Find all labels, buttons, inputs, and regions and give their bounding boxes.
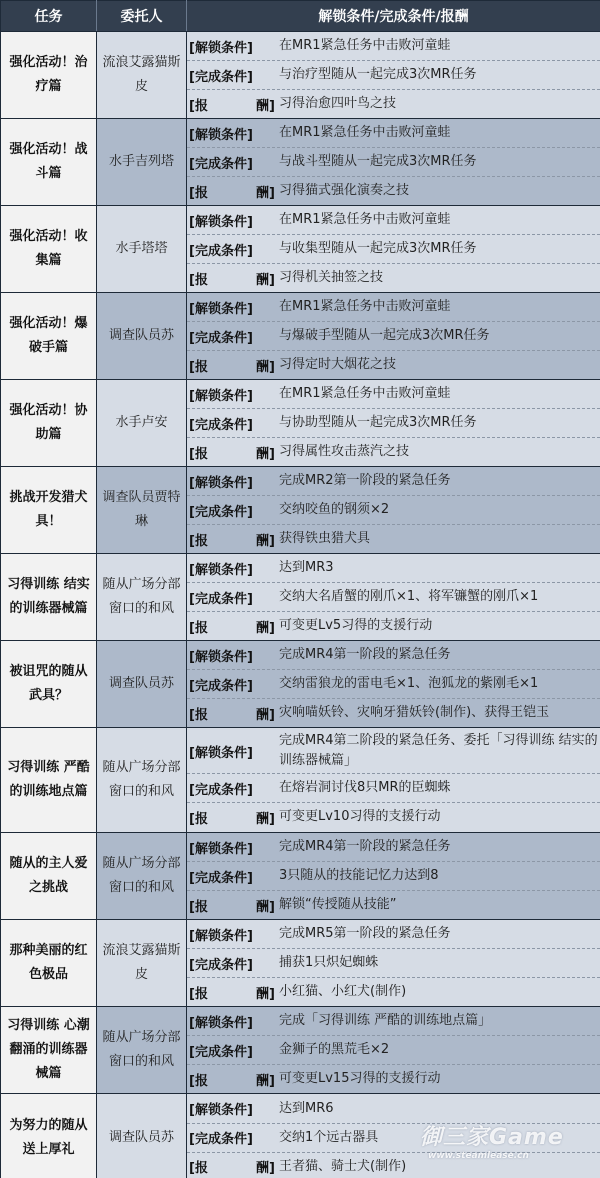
- reward-label-left: [报: [189, 182, 208, 201]
- unlock-condition: [解锁条件]完成MR4第一阶段的紧急任务: [187, 641, 600, 670]
- reward-label-right: 酬]: [256, 95, 275, 114]
- header-task: 任务: [1, 1, 97, 32]
- header-details: 解锁条件/完成条件/报酬: [187, 1, 600, 32]
- reward-label-right: 酬]: [256, 1070, 275, 1089]
- complete-label: [完成条件]: [189, 153, 275, 172]
- details-cell: [解锁条件]达到MR3[完成条件]交纳大名盾蟹的刚爪×1、将军镰蟹的刚爪×1[报…: [187, 554, 600, 641]
- complete-value: 在熔岩洞讨伐8只MR的臣蜘蛛: [275, 778, 451, 798]
- reward: [报酬]解锁“传授随从技能”: [187, 891, 600, 919]
- reward-value: 获得铁虫猎犬具: [275, 529, 370, 549]
- reward-label-left: [报: [189, 443, 208, 462]
- reward-label-right: 酬]: [256, 808, 275, 827]
- client-name: 流浪艾露猫斯皮: [97, 32, 187, 119]
- complete-condition: [完成条件]与收集型随从一起完成3次MR任务: [187, 235, 600, 264]
- reward-label-right: 酬]: [256, 896, 275, 915]
- reward: [报酬]可变更Lv10习得的支援行动: [187, 803, 600, 831]
- reward: [报酬]习得猫式强化演奏之技: [187, 177, 600, 205]
- complete-label: [完成条件]: [189, 501, 275, 520]
- unlock-label: [解锁条件]: [189, 1012, 275, 1031]
- task-name: 强化活动！协助篇: [1, 380, 97, 467]
- task-name: 习得训练 严酷的训练地点篇: [1, 728, 97, 833]
- reward-label: [报酬]: [189, 530, 275, 549]
- unlock-label: [解锁条件]: [189, 559, 275, 578]
- unlock-condition: [解锁条件]完成MR5第一阶段的紧急任务: [187, 920, 600, 949]
- table-row: 习得训练 心潮翻涌的训练器械篇随从广场分部窗口的和风[解锁条件]完成「习得训练 …: [1, 1007, 600, 1094]
- reward: [报酬]灾响喵妖铃、灾响牙猎妖铃(制作)、获得王铠玉: [187, 699, 600, 727]
- reward: [报酬]小红猫、小红犬(制作): [187, 978, 600, 1006]
- complete-value: 与收集型随从一起完成3次MR任务: [275, 239, 477, 259]
- table-row: 强化活动！爆破手篇调查队员苏[解锁条件]在MR1紧急任务中击败河童蛙[完成条件]…: [1, 293, 600, 380]
- reward: [报酬]习得定时大烟花之技: [187, 351, 600, 379]
- unlock-condition: [解锁条件]在MR1紧急任务中击败河童蛙: [187, 119, 600, 148]
- details-cell: [解锁条件]完成MR4第一阶段的紧急任务[完成条件]3只随从的技能记忆力达到8[…: [187, 833, 600, 920]
- unlock-value: 在MR1紧急任务中击败河童蛙: [275, 210, 451, 230]
- unlock-value: 完成MR4第二阶段的紧急任务、委托「习得训练 结实的训练器械篇」: [275, 731, 600, 771]
- reward-label-right: 酬]: [256, 443, 275, 462]
- complete-label: [完成条件]: [189, 588, 275, 607]
- unlock-label: [解锁条件]: [189, 298, 275, 317]
- mission-table: 任务 委托人 解锁条件/完成条件/报酬 强化活动！治疗篇流浪艾露猫斯皮[解锁条件…: [0, 0, 600, 1178]
- reward-label: [报酬]: [189, 1157, 275, 1176]
- reward: [报酬]习得治愈四叶鸟之技: [187, 90, 600, 118]
- table-row: 那种美丽的红色极品流浪艾露猫斯皮[解锁条件]完成MR5第一阶段的紧急任务[完成条…: [1, 920, 600, 1007]
- unlock-value: 完成MR4第一阶段的紧急任务: [275, 837, 451, 857]
- details-cell: [解锁条件]完成MR5第一阶段的紧急任务[完成条件]捕获1只炽妃蜘蛛[报酬]小红…: [187, 920, 600, 1007]
- unlock-label: [解锁条件]: [189, 472, 275, 491]
- complete-condition: [完成条件]与爆破手型随从一起完成3次MR任务: [187, 322, 600, 351]
- complete-value: 交纳咬鱼的钢须×2: [275, 500, 389, 520]
- reward-value: 小红猫、小红犬(制作): [275, 982, 406, 1002]
- reward: [报酬]获得铁虫猎犬具: [187, 525, 600, 553]
- reward-label: [报酬]: [189, 356, 275, 375]
- complete-value: 交纳雷狼龙的雷电毛×1、泡狐龙的紫刚毛×1: [275, 674, 538, 694]
- reward-label: [报酬]: [189, 95, 275, 114]
- complete-condition: [完成条件]捕获1只炽妃蜘蛛: [187, 949, 600, 978]
- unlock-condition: [解锁条件]在MR1紧急任务中击败河童蛙: [187, 380, 600, 409]
- task-name: 强化活动！治疗篇: [1, 32, 97, 119]
- unlock-label: [解锁条件]: [189, 211, 275, 230]
- table-row: 强化活动！治疗篇流浪艾露猫斯皮[解锁条件]在MR1紧急任务中击败河童蛙[完成条件…: [1, 32, 600, 119]
- reward-label-left: [报: [189, 896, 208, 915]
- task-name: 挑战开发猎犬具！: [1, 467, 97, 554]
- complete-label: [完成条件]: [189, 414, 275, 433]
- reward: [报酬]习得机关抽签之技: [187, 264, 600, 292]
- details-cell: [解锁条件]完成「习得训练 严酷的训练地点篇」[完成条件]金狮子的黑荒毛×2[报…: [187, 1007, 600, 1094]
- complete-label: [完成条件]: [189, 954, 275, 973]
- table-header-row: 任务 委托人 解锁条件/完成条件/报酬: [1, 1, 600, 32]
- complete-label: [完成条件]: [189, 675, 275, 694]
- complete-value: 捕获1只炽妃蜘蛛: [275, 953, 378, 973]
- client-name: 调查队员苏: [97, 1094, 187, 1178]
- complete-label: [完成条件]: [189, 1128, 275, 1147]
- reward-label-right: 酬]: [256, 617, 275, 636]
- reward-label: [报酬]: [189, 443, 275, 462]
- complete-condition: [完成条件]交纳雷狼龙的雷电毛×1、泡狐龙的紫刚毛×1: [187, 670, 600, 699]
- complete-value: 交纳大名盾蟹的刚爪×1、将军镰蟹的刚爪×1: [275, 587, 538, 607]
- table-row: 挑战开发猎犬具！调查队员贾特琳[解锁条件]完成MR2第一阶段的紧急任务[完成条件…: [1, 467, 600, 554]
- reward-label: [报酬]: [189, 808, 275, 827]
- unlock-condition: [解锁条件]达到MR6: [187, 1095, 600, 1124]
- unlock-value: 达到MR3: [275, 558, 334, 578]
- complete-condition: [完成条件]交纳1个远古器具: [187, 1124, 600, 1153]
- unlock-value: 完成MR4第一阶段的紧急任务: [275, 645, 451, 665]
- reward: [报酬]王者猫、骑士犬(制作): [187, 1153, 600, 1178]
- client-name: 随从广场分部窗口的和风: [97, 554, 187, 641]
- task-name: 强化活动！战斗篇: [1, 119, 97, 206]
- task-name: 那种美丽的红色极品: [1, 920, 97, 1007]
- reward-label: [报酬]: [189, 704, 275, 723]
- client-name: 调查队员贾特琳: [97, 467, 187, 554]
- unlock-condition: [解锁条件]在MR1紧急任务中击败河童蛙: [187, 206, 600, 235]
- complete-condition: [完成条件]3只随从的技能记忆力达到8: [187, 862, 600, 891]
- header-client: 委托人: [97, 1, 187, 32]
- reward-label-right: 酬]: [256, 530, 275, 549]
- task-name: 习得训练 结实的训练器械篇: [1, 554, 97, 641]
- reward-label-left: [报: [189, 95, 208, 114]
- client-name: 随从广场分部窗口的和风: [97, 728, 187, 833]
- unlock-label: [解锁条件]: [189, 124, 275, 143]
- unlock-value: 完成MR5第一阶段的紧急任务: [275, 924, 451, 944]
- reward-label-right: 酬]: [256, 704, 275, 723]
- unlock-condition: [解锁条件]达到MR3: [187, 554, 600, 583]
- unlock-label: [解锁条件]: [189, 925, 275, 944]
- table-row: 为努力的随从送上厚礼调查队员苏[解锁条件]达到MR6[完成条件]交纳1个远古器具…: [1, 1094, 600, 1178]
- unlock-condition: [解锁条件]在MR1紧急任务中击败河童蛙: [187, 32, 600, 61]
- unlock-value: 完成MR2第一阶段的紧急任务: [275, 471, 451, 491]
- details-cell: [解锁条件]在MR1紧急任务中击败河童蛙[完成条件]与治疗型随从一起完成3次MR…: [187, 32, 600, 119]
- complete-condition: [完成条件]与协助型随从一起完成3次MR任务: [187, 409, 600, 438]
- task-name: 被诅咒的随从武具？: [1, 641, 97, 728]
- table-row: 随从的主人爱之挑战随从广场分部窗口的和风[解锁条件]完成MR4第一阶段的紧急任务…: [1, 833, 600, 920]
- reward-value: 习得猫式强化演奏之技: [275, 181, 409, 201]
- complete-label: [完成条件]: [189, 779, 275, 798]
- reward-value: 可变更Lv10习得的支援行动: [275, 807, 440, 827]
- unlock-value: 在MR1紧急任务中击败河童蛙: [275, 36, 451, 56]
- reward-label-left: [报: [189, 808, 208, 827]
- unlock-label: [解锁条件]: [189, 742, 275, 761]
- complete-label: [完成条件]: [189, 327, 275, 346]
- details-cell: [解锁条件]完成MR4第二阶段的紧急任务、委托「习得训练 结实的训练器械篇」[完…: [187, 728, 600, 833]
- complete-value: 与协助型随从一起完成3次MR任务: [275, 413, 477, 433]
- details-cell: [解锁条件]完成MR4第一阶段的紧急任务[完成条件]交纳雷狼龙的雷电毛×1、泡狐…: [187, 641, 600, 728]
- complete-value: 与爆破手型随从一起完成3次MR任务: [275, 326, 490, 346]
- details-cell: [解锁条件]在MR1紧急任务中击败河童蛙[完成条件]与爆破手型随从一起完成3次M…: [187, 293, 600, 380]
- details-cell: [解锁条件]在MR1紧急任务中击败河童蛙[完成条件]与收集型随从一起完成3次MR…: [187, 206, 600, 293]
- task-name: 强化活动！爆破手篇: [1, 293, 97, 380]
- reward-label-left: [报: [189, 356, 208, 375]
- reward-label-left: [报: [189, 983, 208, 1002]
- complete-condition: [完成条件]交纳大名盾蟹的刚爪×1、将军镰蟹的刚爪×1: [187, 583, 600, 612]
- complete-condition: [完成条件]交纳咬鱼的钢须×2: [187, 496, 600, 525]
- reward-value: 解锁“传授随从技能”: [275, 895, 396, 915]
- reward-value: 可变更Lv15习得的支援行动: [275, 1069, 440, 1089]
- reward-label: [报酬]: [189, 269, 275, 288]
- table-row: 习得训练 结实的训练器械篇随从广场分部窗口的和风[解锁条件]达到MR3[完成条件…: [1, 554, 600, 641]
- reward-value: 习得治愈四叶鸟之技: [275, 94, 396, 114]
- complete-condition: [完成条件]金狮子的黑荒毛×2: [187, 1036, 600, 1065]
- reward-label-left: [报: [189, 269, 208, 288]
- complete-label: [完成条件]: [189, 66, 275, 85]
- unlock-value: 在MR1紧急任务中击败河童蛙: [275, 297, 451, 317]
- reward-value: 习得定时大烟花之技: [275, 355, 396, 375]
- details-cell: [解锁条件]在MR1紧急任务中击败河童蛙[完成条件]与协助型随从一起完成3次MR…: [187, 380, 600, 467]
- complete-label: [完成条件]: [189, 867, 275, 886]
- complete-value: 金狮子的黑荒毛×2: [275, 1040, 389, 1060]
- complete-value: 3只随从的技能记忆力达到8: [275, 866, 439, 886]
- reward-label-left: [报: [189, 1157, 208, 1176]
- reward-label-left: [报: [189, 530, 208, 549]
- reward: [报酬]习得属性攻击蒸汽之技: [187, 438, 600, 466]
- reward-value: 王者猫、骑士犬(制作): [275, 1157, 406, 1177]
- unlock-value: 在MR1紧急任务中击败河童蛙: [275, 123, 451, 143]
- reward-label-left: [报: [189, 617, 208, 636]
- client-name: 流浪艾露猫斯皮: [97, 920, 187, 1007]
- reward-label: [报酬]: [189, 617, 275, 636]
- reward-label-right: 酬]: [256, 356, 275, 375]
- table-row: 强化活动！收集篇水手塔塔[解锁条件]在MR1紧急任务中击败河童蛙[完成条件]与收…: [1, 206, 600, 293]
- client-name: 随从广场分部窗口的和风: [97, 833, 187, 920]
- unlock-condition: [解锁条件]完成MR4第二阶段的紧急任务、委托「习得训练 结实的训练器械篇」: [187, 729, 600, 774]
- reward-label-right: 酬]: [256, 983, 275, 1002]
- table-row: 强化活动！协助篇水手卢安[解锁条件]在MR1紧急任务中击败河童蛙[完成条件]与协…: [1, 380, 600, 467]
- complete-value: 交纳1个远古器具: [275, 1128, 378, 1148]
- unlock-value: 达到MR6: [275, 1099, 334, 1119]
- unlock-label: [解锁条件]: [189, 838, 275, 857]
- table-row: 习得训练 严酷的训练地点篇随从广场分部窗口的和风[解锁条件]完成MR4第二阶段的…: [1, 728, 600, 833]
- client-name: 水手吉列塔: [97, 119, 187, 206]
- complete-label: [完成条件]: [189, 240, 275, 259]
- reward-label-left: [报: [189, 704, 208, 723]
- reward-label: [报酬]: [189, 896, 275, 915]
- reward-value: 习得属性攻击蒸汽之技: [275, 442, 409, 462]
- reward-label-right: 酬]: [256, 1157, 275, 1176]
- complete-condition: [完成条件]与战斗型随从一起完成3次MR任务: [187, 148, 600, 177]
- task-name: 强化活动！收集篇: [1, 206, 97, 293]
- client-name: 水手卢安: [97, 380, 187, 467]
- reward: [报酬]可变更Lv5习得的支援行动: [187, 612, 600, 640]
- reward-label-right: 酬]: [256, 182, 275, 201]
- unlock-condition: [解锁条件]完成「习得训练 严酷的训练地点篇」: [187, 1007, 600, 1036]
- reward-value: 习得机关抽签之技: [275, 268, 383, 288]
- task-name: 随从的主人爱之挑战: [1, 833, 97, 920]
- details-cell: [解锁条件]完成MR2第一阶段的紧急任务[完成条件]交纳咬鱼的钢须×2[报酬]获…: [187, 467, 600, 554]
- table-row: 被诅咒的随从武具？调查队员苏[解锁条件]完成MR4第一阶段的紧急任务[完成条件]…: [1, 641, 600, 728]
- reward-value: 灾响喵妖铃、灾响牙猎妖铃(制作)、获得王铠玉: [275, 703, 549, 723]
- unlock-condition: [解锁条件]完成MR4第一阶段的紧急任务: [187, 833, 600, 862]
- details-cell: [解锁条件]达到MR6[完成条件]交纳1个远古器具[报酬]王者猫、骑士犬(制作): [187, 1094, 600, 1178]
- complete-condition: [完成条件]在熔岩洞讨伐8只MR的臣蜘蛛: [187, 774, 600, 803]
- unlock-label: [解锁条件]: [189, 37, 275, 56]
- reward-label: [报酬]: [189, 182, 275, 201]
- reward-label-left: [报: [189, 1070, 208, 1089]
- reward-value: 可变更Lv5习得的支援行动: [275, 616, 432, 636]
- unlock-value: 在MR1紧急任务中击败河童蛙: [275, 384, 451, 404]
- unlock-label: [解锁条件]: [189, 1099, 275, 1118]
- reward-label: [报酬]: [189, 1070, 275, 1089]
- client-name: 随从广场分部窗口的和风: [97, 1007, 187, 1094]
- unlock-condition: [解锁条件]在MR1紧急任务中击败河童蛙: [187, 293, 600, 322]
- table-row: 强化活动！战斗篇水手吉列塔[解锁条件]在MR1紧急任务中击败河童蛙[完成条件]与…: [1, 119, 600, 206]
- task-name: 习得训练 心潮翻涌的训练器械篇: [1, 1007, 97, 1094]
- unlock-label: [解锁条件]: [189, 646, 275, 665]
- details-cell: [解锁条件]在MR1紧急任务中击败河童蛙[完成条件]与战斗型随从一起完成3次MR…: [187, 119, 600, 206]
- unlock-value: 完成「习得训练 严酷的训练地点篇」: [275, 1011, 491, 1031]
- reward: [报酬]可变更Lv15习得的支援行动: [187, 1065, 600, 1093]
- task-name: 为努力的随从送上厚礼: [1, 1094, 97, 1178]
- reward-label-right: 酬]: [256, 269, 275, 288]
- client-name: 水手塔塔: [97, 206, 187, 293]
- reward-label: [报酬]: [189, 983, 275, 1002]
- client-name: 调查队员苏: [97, 641, 187, 728]
- client-name: 调查队员苏: [97, 293, 187, 380]
- complete-condition: [完成条件]与治疗型随从一起完成3次MR任务: [187, 61, 600, 90]
- complete-label: [完成条件]: [189, 1041, 275, 1060]
- complete-value: 与战斗型随从一起完成3次MR任务: [275, 152, 477, 172]
- complete-value: 与治疗型随从一起完成3次MR任务: [275, 65, 477, 85]
- unlock-condition: [解锁条件]完成MR2第一阶段的紧急任务: [187, 467, 600, 496]
- unlock-label: [解锁条件]: [189, 385, 275, 404]
